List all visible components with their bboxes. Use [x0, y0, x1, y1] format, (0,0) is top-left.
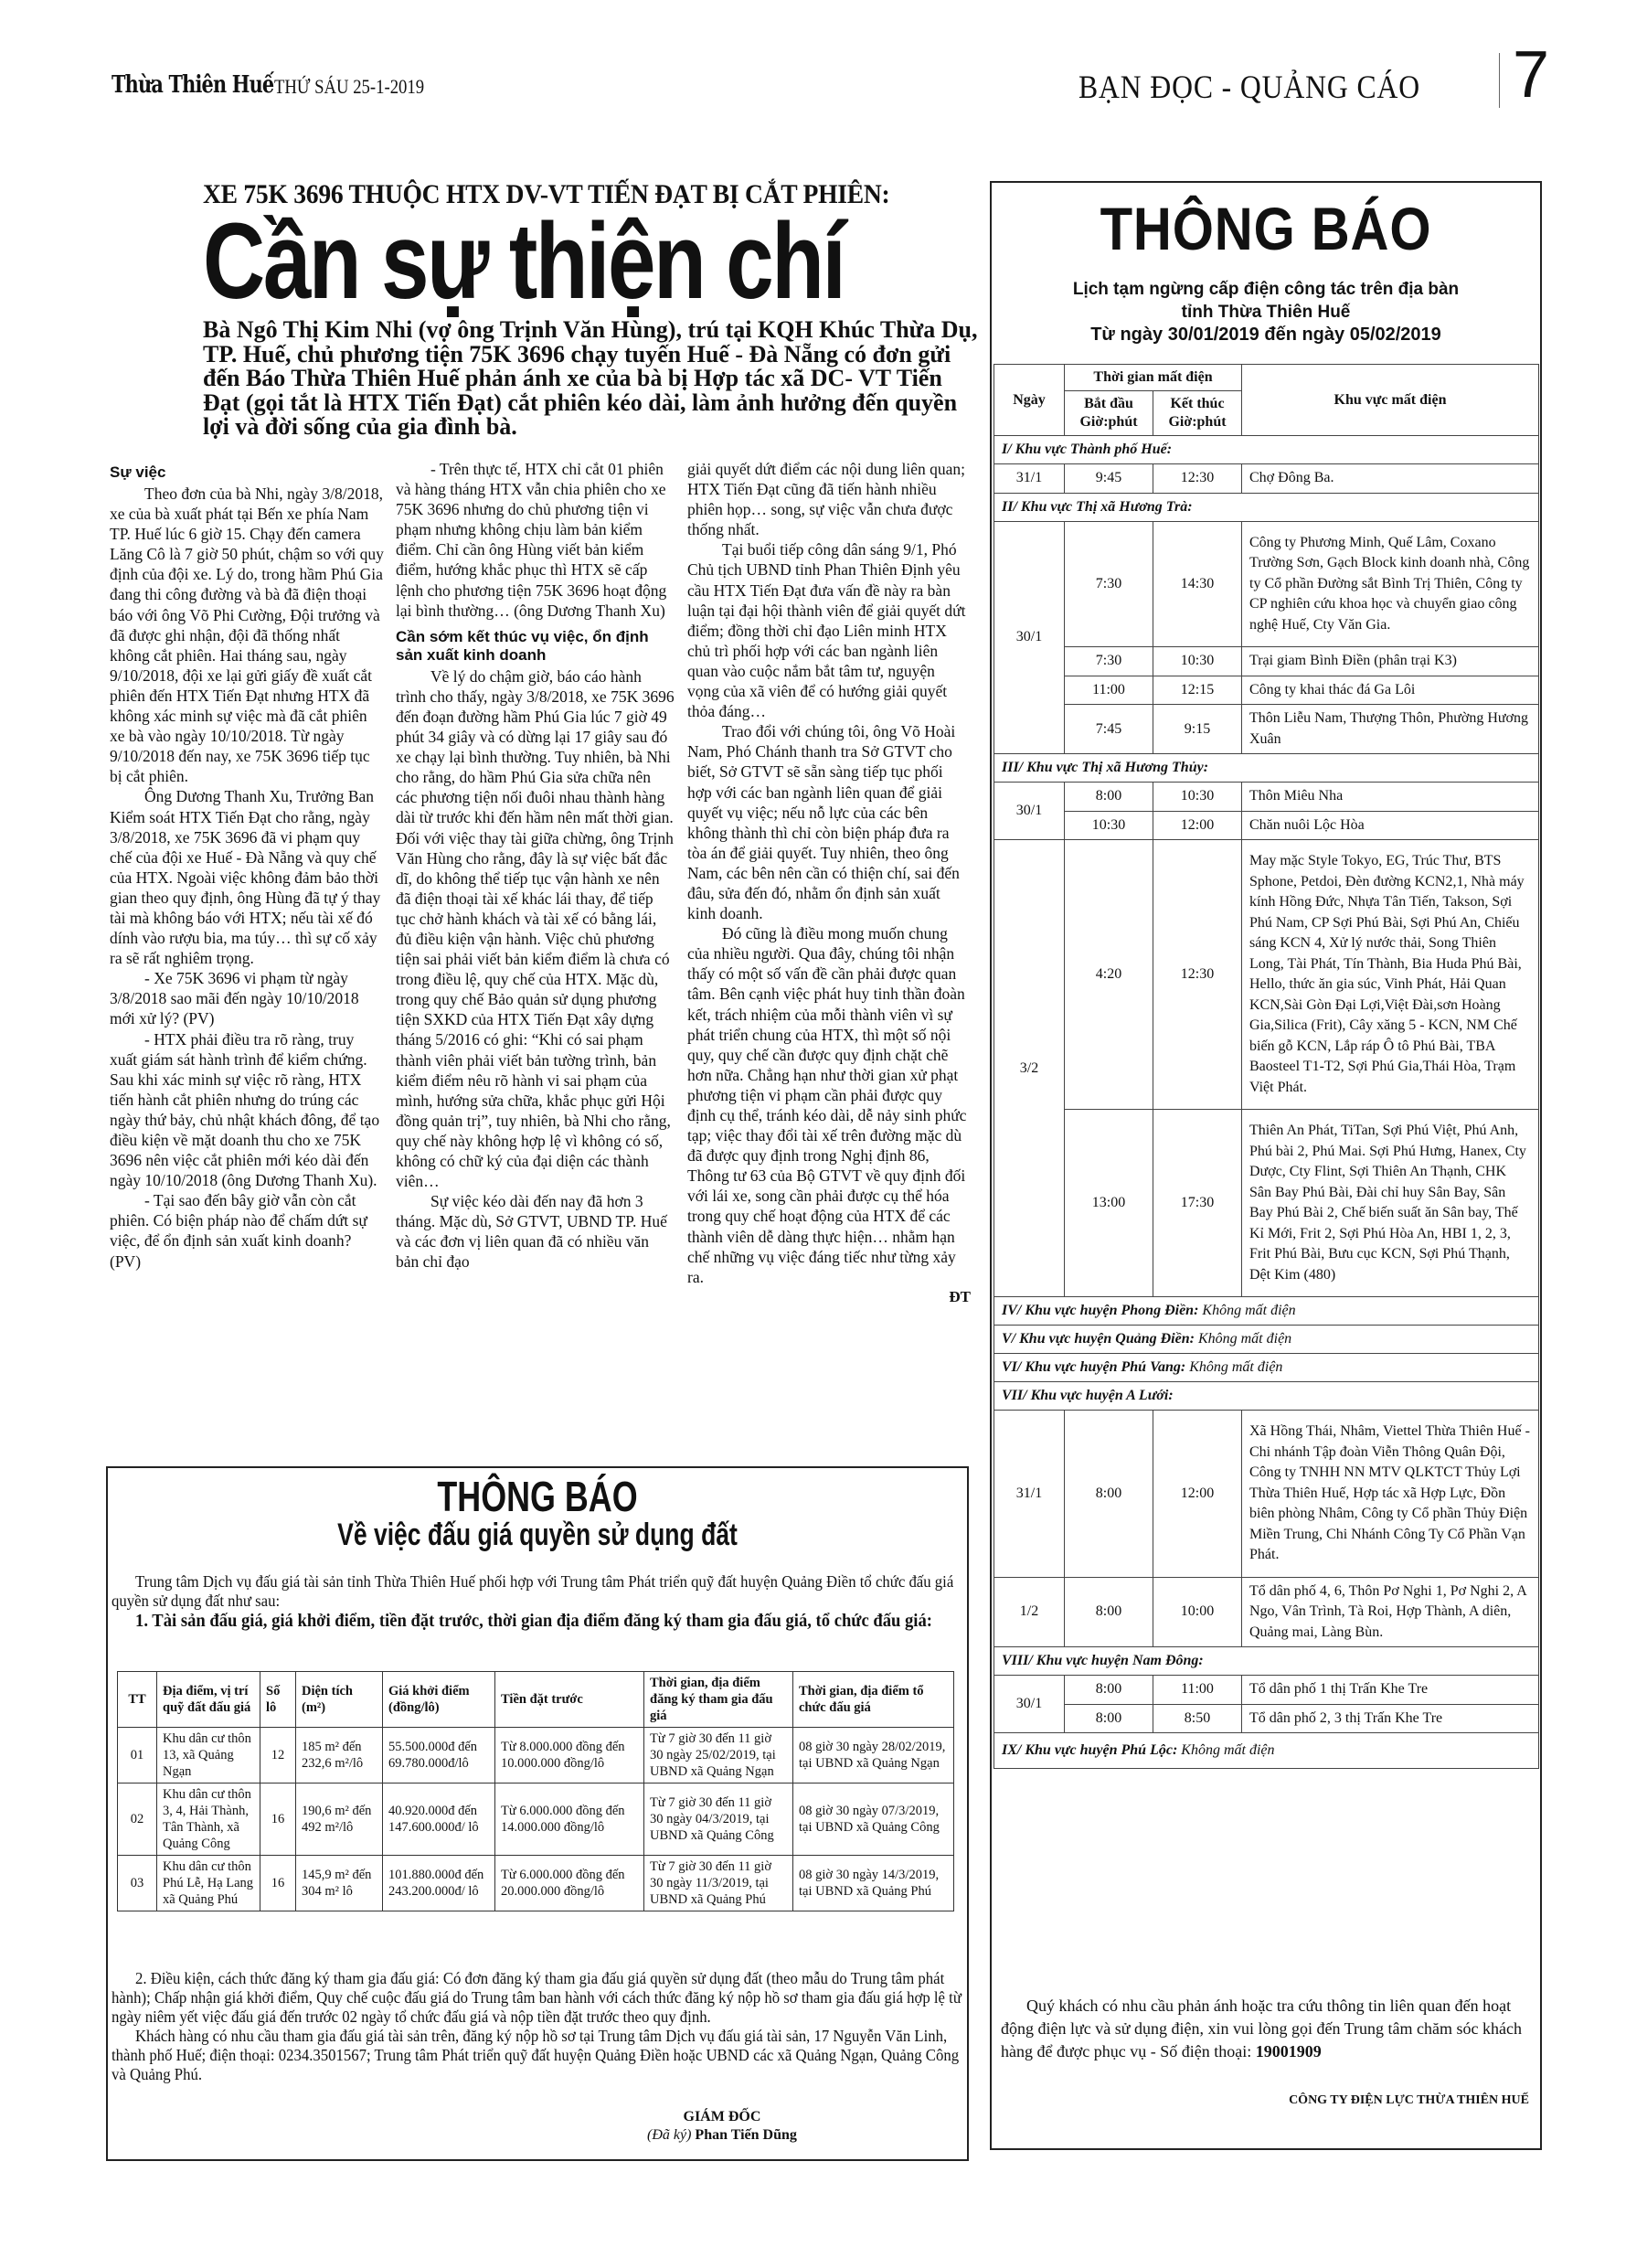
auction-intro: Trung tâm Dịch vụ đấu giá tài sản tỉnh T…: [112, 1572, 962, 1611]
cell-area: Tổ dân phố 4, 6, Thôn Pơ Nghi 1, Pơ Nghi…: [1242, 1577, 1539, 1647]
section-row: II/ Khu vực Thị xã Hương Trà:: [994, 493, 1539, 521]
cell: 03: [118, 1856, 157, 1911]
table-row: 03 Khu dân cư thôn Phú Lễ, Hạ Lang xã Qu…: [118, 1856, 954, 1911]
paragraph: Tại buổi tiếp công dân sáng 9/1, Phó Chủ…: [687, 539, 971, 721]
cell: Từ 7 giờ 30 đến 11 giờ 30 ngày 04/3/2019…: [644, 1784, 793, 1856]
section-row: V/ Khu vực huyện Quảng Điền: Không mất đ…: [994, 1326, 1539, 1354]
table-row: 31/1 8:00 12:00 Xã Hồng Thái, Nhâm, Viet…: [994, 1411, 1539, 1578]
cell-start: 10:30: [1065, 811, 1153, 840]
auction-section-2: 2. Điều kiện, cách thức đăng ký tham gia…: [112, 1969, 962, 2027]
date-range: Từ ngày 30/01/2019 đến ngày 05/02/2019: [992, 324, 1540, 346]
cell-area: Tổ dân phố 1 thị Trấn Khe Tre: [1242, 1676, 1539, 1705]
col-day: Ngày: [994, 365, 1065, 436]
section-row: IV/ Khu vực huyện Phong Điền: Không mất …: [994, 1297, 1539, 1326]
cell-start: 13:00: [1065, 1110, 1153, 1297]
auction-title: THÔNG BÁO: [202, 1474, 872, 1519]
cell: Khu dân cư thôn 3, 4, Hải Thành, Tân Thà…: [157, 1784, 260, 1856]
table-row: 30/1 8:00 10:30 Thôn Miêu Nha: [994, 783, 1539, 812]
cell-end: 14:30: [1153, 521, 1242, 647]
paragraph: Theo đơn của bà Nhi, ngày 3/8/2018, xe c…: [110, 484, 384, 786]
table-row: 7:30 10:30 Trại giam Bình Điền (phân trạ…: [994, 647, 1539, 676]
subtitle-line: tỉnh Thừa Thiên Huế: [992, 301, 1540, 324]
article-headline: Cần sự thiện chí: [203, 203, 844, 320]
cell: 16: [260, 1856, 296, 1911]
cell-day: 30/1: [994, 521, 1065, 754]
paragraph: Về lý do chậm giờ, báo cáo hành trình ch…: [396, 666, 675, 1191]
header-divider: [1499, 53, 1500, 108]
issue-date: THỨ SÁU 25-1-2019: [274, 75, 424, 99]
col-time-group: Thời gian mất điện: [1065, 365, 1242, 391]
col-end: Kết thúc Giờ:phút: [1153, 391, 1242, 436]
cell-area: Công ty Phương Minh, Quế Lâm, Coxano Trư…: [1242, 521, 1539, 647]
col-header: Giá khởi điểm (đồng/lô): [383, 1672, 495, 1728]
col-header: Tiền đặt trước: [495, 1672, 644, 1728]
cell-day: 31/1: [994, 464, 1065, 494]
subhead: Sự việc: [110, 463, 384, 482]
section-row: IX/ Khu vực huyện Phú Lộc: Không mất điệ…: [994, 1733, 1539, 1769]
subtitle-line: Lịch tạm ngừng cấp điện công tác trên đị…: [992, 278, 1540, 301]
cell-area: Tổ dân phố 2, 3 thị Trấn Khe Tre: [1242, 1704, 1539, 1733]
col-header: TT: [118, 1672, 157, 1728]
page-number: 7: [1513, 40, 1549, 110]
paragraph: - Xe 75K 3696 vi phạm từ ngày 3/8/2018 s…: [110, 968, 384, 1028]
paragraph: - Trên thực tế, HTX chỉ cắt 01 phiên và …: [396, 459, 675, 621]
cell: 145,9 m² đến 304 m² lô: [296, 1856, 383, 1911]
cell: 08 giờ 30 ngày 28/02/2019, tại UBND xã Q…: [793, 1728, 954, 1784]
cell-end: 12:00: [1153, 811, 1242, 840]
cell-end: 12:15: [1153, 676, 1242, 705]
section-row: I/ Khu vực Thành phố Huế:: [994, 436, 1539, 464]
cell: 101.880.000đ đến 243.200.000đ/ lô: [383, 1856, 495, 1911]
cell: 01: [118, 1728, 157, 1784]
hotline-number: 19001909: [1256, 2042, 1322, 2060]
col-area: Khu vực mất điện: [1242, 365, 1539, 436]
col-header: Thời gian, địa điểm tổ chức đấu giá: [793, 1672, 954, 1728]
col-header: Địa điểm, vị trí quỹ đất đấu giá: [157, 1672, 260, 1728]
col-start: Bắt đầu Giờ:phút: [1065, 391, 1153, 436]
paragraph: - Tại sao đến bây giờ vẫn còn cắt phiên.…: [110, 1190, 384, 1271]
cell-day: 30/1: [994, 1676, 1065, 1733]
paragraph: Ông Dương Thanh Xu, Trưởng Ban Kiểm soát…: [110, 786, 384, 968]
cell: 190,6 m² đến 492 m²/lô: [296, 1784, 383, 1856]
cell-day: 1/2: [994, 1577, 1065, 1647]
paragraph: giải quyết dứt điểm các nội dung liên qu…: [687, 459, 971, 539]
cell-area: Chăn nuôi Lộc Hòa: [1242, 811, 1539, 840]
article-column-2: - Trên thực tế, HTX chỉ cắt 01 phiên và …: [396, 459, 675, 1272]
outage-notice: THÔNG BÁO Lịch tạm ngừng cấp điện công t…: [990, 181, 1542, 2150]
signed-note: (Đã ký): [647, 2127, 691, 2143]
cell: Khu dân cư thôn Phú Lễ, Hạ Lang xã Quảng…: [157, 1856, 260, 1911]
cell-start: 7:45: [1065, 705, 1153, 754]
table-row: 3/2 4:20 12:30 May mặc Style Tokyo, EG, …: [994, 840, 1539, 1110]
cell-end: 10:00: [1153, 1577, 1242, 1647]
table-row: 8:00 8:50 Tổ dân phố 2, 3 thị Trấn Khe T…: [994, 1704, 1539, 1733]
table-row: 7:45 9:15 Thôn Liễu Nam, Thượng Thôn, Ph…: [994, 705, 1539, 754]
table-row: 31/1 9:45 12:30 Chợ Đông Ba.: [994, 464, 1539, 494]
cell-end: 12:00: [1153, 1411, 1242, 1578]
cell-end: 10:30: [1153, 783, 1242, 812]
cell-area: Thôn Miêu Nha: [1242, 783, 1539, 812]
paragraph: Sự việc kéo dài đến nay đã hơn 3 tháng. …: [396, 1191, 675, 1272]
col-header: Thời gian, địa điểm đăng ký tham gia đấu…: [644, 1672, 793, 1728]
auction-table: TT Địa điểm, vị trí quỹ đất đấu giá Số l…: [117, 1671, 954, 1911]
cell: 55.500.000đ đến 69.780.000đ/lô: [383, 1728, 495, 1784]
cell-area: Thiên An Phát, TiTan, Sợi Phú Việt, Phú …: [1242, 1110, 1539, 1297]
cell-start: 11:00: [1065, 676, 1153, 705]
auction-signature: GIÁM ĐỐC (Đã ký) Phan Tiến Dũng: [647, 2108, 797, 2145]
table-row: 10:30 12:00 Chăn nuôi Lộc Hòa: [994, 811, 1539, 840]
cell-area: May mặc Style Tokyo, EG, Trúc Thư, BTS S…: [1242, 840, 1539, 1110]
table-row: 02 Khu dân cư thôn 3, 4, Hải Thành, Tân …: [118, 1784, 954, 1856]
auction-section-1: 1. Tài sản đấu giá, giá khởi điểm, tiền …: [112, 1611, 962, 1631]
cell: Từ 6.000.000 đồng đến 20.000.000 đồng/lô: [495, 1856, 644, 1911]
cell-end: 12:30: [1153, 464, 1242, 494]
cell-day: 31/1: [994, 1411, 1065, 1578]
cell-end: 10:30: [1153, 647, 1242, 676]
section-row: III/ Khu vực Thị xã Hương Thủy:: [994, 754, 1539, 783]
auction-intro-block: Trung tâm Dịch vụ đấu giá tài sản tỉnh T…: [112, 1572, 962, 1631]
cell: Từ 6.000.000 đồng đến 14.000.000 đồng/lô: [495, 1784, 644, 1856]
byline: ĐT: [687, 1287, 971, 1307]
article-column-3: giải quyết dứt điểm các nội dung liên qu…: [687, 459, 971, 1307]
cell: 08 giờ 30 ngày 07/3/2019, tại UBND xã Qu…: [793, 1784, 954, 1856]
cell-area: Thôn Liễu Nam, Thượng Thôn, Phường Hương…: [1242, 705, 1539, 754]
cell-end: 12:30: [1153, 840, 1242, 1110]
masthead: Thừa Thiên Huế: [112, 71, 273, 99]
table-row: 13:00 17:30 Thiên An Phát, TiTan, Sợi Ph…: [994, 1110, 1539, 1297]
signer-name: Phan Tiến Dũng: [695, 2127, 796, 2143]
cell: 185 m² đến 232,6 m²/lô: [296, 1728, 383, 1784]
cell-start: 7:30: [1065, 647, 1153, 676]
outage-table: Ngày Thời gian mất điện Khu vực mất điện…: [994, 364, 1539, 1769]
cell: Từ 7 giờ 30 đến 11 giờ 30 ngày 11/3/2019…: [644, 1856, 793, 1911]
cell-end: 8:50: [1153, 1704, 1242, 1733]
cell-area: Công ty khai thác đá Ga Lôi: [1242, 676, 1539, 705]
col-header: Số lô: [260, 1672, 296, 1728]
cell-start: 8:00: [1065, 783, 1153, 812]
cell: 40.920.000đ đến 147.600.000đ/ lô: [383, 1784, 495, 1856]
cell: Từ 8.000.000 đồng đến 10.000.000 đồng/lô: [495, 1728, 644, 1784]
cell-start: 8:00: [1065, 1577, 1153, 1647]
cell-area: Chợ Đông Ba.: [1242, 464, 1539, 494]
col-header: Diện tích (m²): [296, 1672, 383, 1728]
cell-start: 8:00: [1065, 1704, 1153, 1733]
notice-title: THÔNG BÁO: [1025, 194, 1507, 263]
section-row: VIII/ Khu vực huyện Nam Đông:: [994, 1647, 1539, 1676]
cell-area: Xã Hồng Thái, Nhâm, Viettel Thừa Thiên H…: [1242, 1411, 1539, 1578]
auction-conditions-block: 2. Điều kiện, cách thức đăng ký tham gia…: [112, 1969, 962, 2084]
cell: Từ 7 giờ 30 đến 11 giờ 30 ngày 25/02/201…: [644, 1728, 793, 1784]
article-lead: Bà Ngô Thị Kim Nhi (vợ ông Trịnh Văn Hùn…: [203, 318, 980, 440]
table-row: 30/1 8:00 11:00 Tổ dân phố 1 thị Trấn Kh…: [994, 1676, 1539, 1705]
notice-footer: Quý khách có nhu cầu phản ánh hoặc tra c…: [1001, 1995, 1529, 2063]
cell-end: 9:15: [1153, 705, 1242, 754]
signer-title: GIÁM ĐỐC: [647, 2108, 797, 2126]
cell: Khu dân cư thôn 13, xã Quảng Ngạn: [157, 1728, 260, 1784]
cell-start: 8:00: [1065, 1411, 1153, 1578]
cell-end: 11:00: [1153, 1676, 1242, 1705]
cell: 08 giờ 30 ngày 14/3/2019, tại UBND xã Qu…: [793, 1856, 954, 1911]
cell: 02: [118, 1784, 157, 1856]
cell-day: 3/2: [994, 840, 1065, 1297]
auction-notice: THÔNG BÁO Về việc đấu giá quyền sử dụng …: [106, 1466, 969, 2161]
table-row: 11:00 12:15 Công ty khai thác đá Ga Lôi: [994, 676, 1539, 705]
notice-signature: CÔNG TY ĐIỆN LỰC THỪA THIÊN HUẾ: [1289, 2093, 1529, 2108]
cell: 12: [260, 1728, 296, 1784]
section-row: VII/ Khu vực huyện A Lưới:: [994, 1382, 1539, 1411]
table-row: 01 Khu dân cư thôn 13, xã Quảng Ngạn 12 …: [118, 1728, 954, 1784]
cell-start: 4:20: [1065, 840, 1153, 1110]
paragraph: Đó cũng là điều mong muốn chung của nhiề…: [687, 923, 971, 1287]
cell-end: 17:30: [1153, 1110, 1242, 1297]
auction-subtitle: Về việc đấu giá quyền sử dụng đất: [202, 1517, 872, 1553]
article-column-1: Sự việc Theo đơn của bà Nhi, ngày 3/8/20…: [110, 462, 384, 1272]
notice-subtitle: Lịch tạm ngừng cấp điện công tác trên đị…: [992, 278, 1540, 346]
cell: 16: [260, 1784, 296, 1856]
section-row: VI/ Khu vực huyện Phú Vang: Không mất đi…: [994, 1354, 1539, 1382]
cell-day: 30/1: [994, 783, 1065, 840]
auction-contact: Khách hàng có nhu cầu tham gia đấu giá t…: [112, 2027, 962, 2084]
paragraph: - HTX phải điều tra rõ ràng, truy xuất g…: [110, 1029, 384, 1191]
cell-start: 9:45: [1065, 464, 1153, 494]
subhead: Cần sớm kết thúc vụ việc, ổn định sản xu…: [396, 628, 675, 665]
section-title: BẠN ĐỌC - QUẢNG CÁO: [1079, 68, 1420, 106]
table-row: 30/1 7:30 14:30 Công ty Phương Minh, Quế…: [994, 521, 1539, 647]
cell-start: 8:00: [1065, 1676, 1153, 1705]
table-row: 1/2 8:00 10:00 Tổ dân phố 4, 6, Thôn Pơ …: [994, 1577, 1539, 1647]
paragraph: Trao đổi với chúng tôi, ông Võ Hoài Nam,…: [687, 721, 971, 923]
cell-start: 7:30: [1065, 521, 1153, 647]
cell-area: Trại giam Bình Điền (phân trại K3): [1242, 647, 1539, 676]
